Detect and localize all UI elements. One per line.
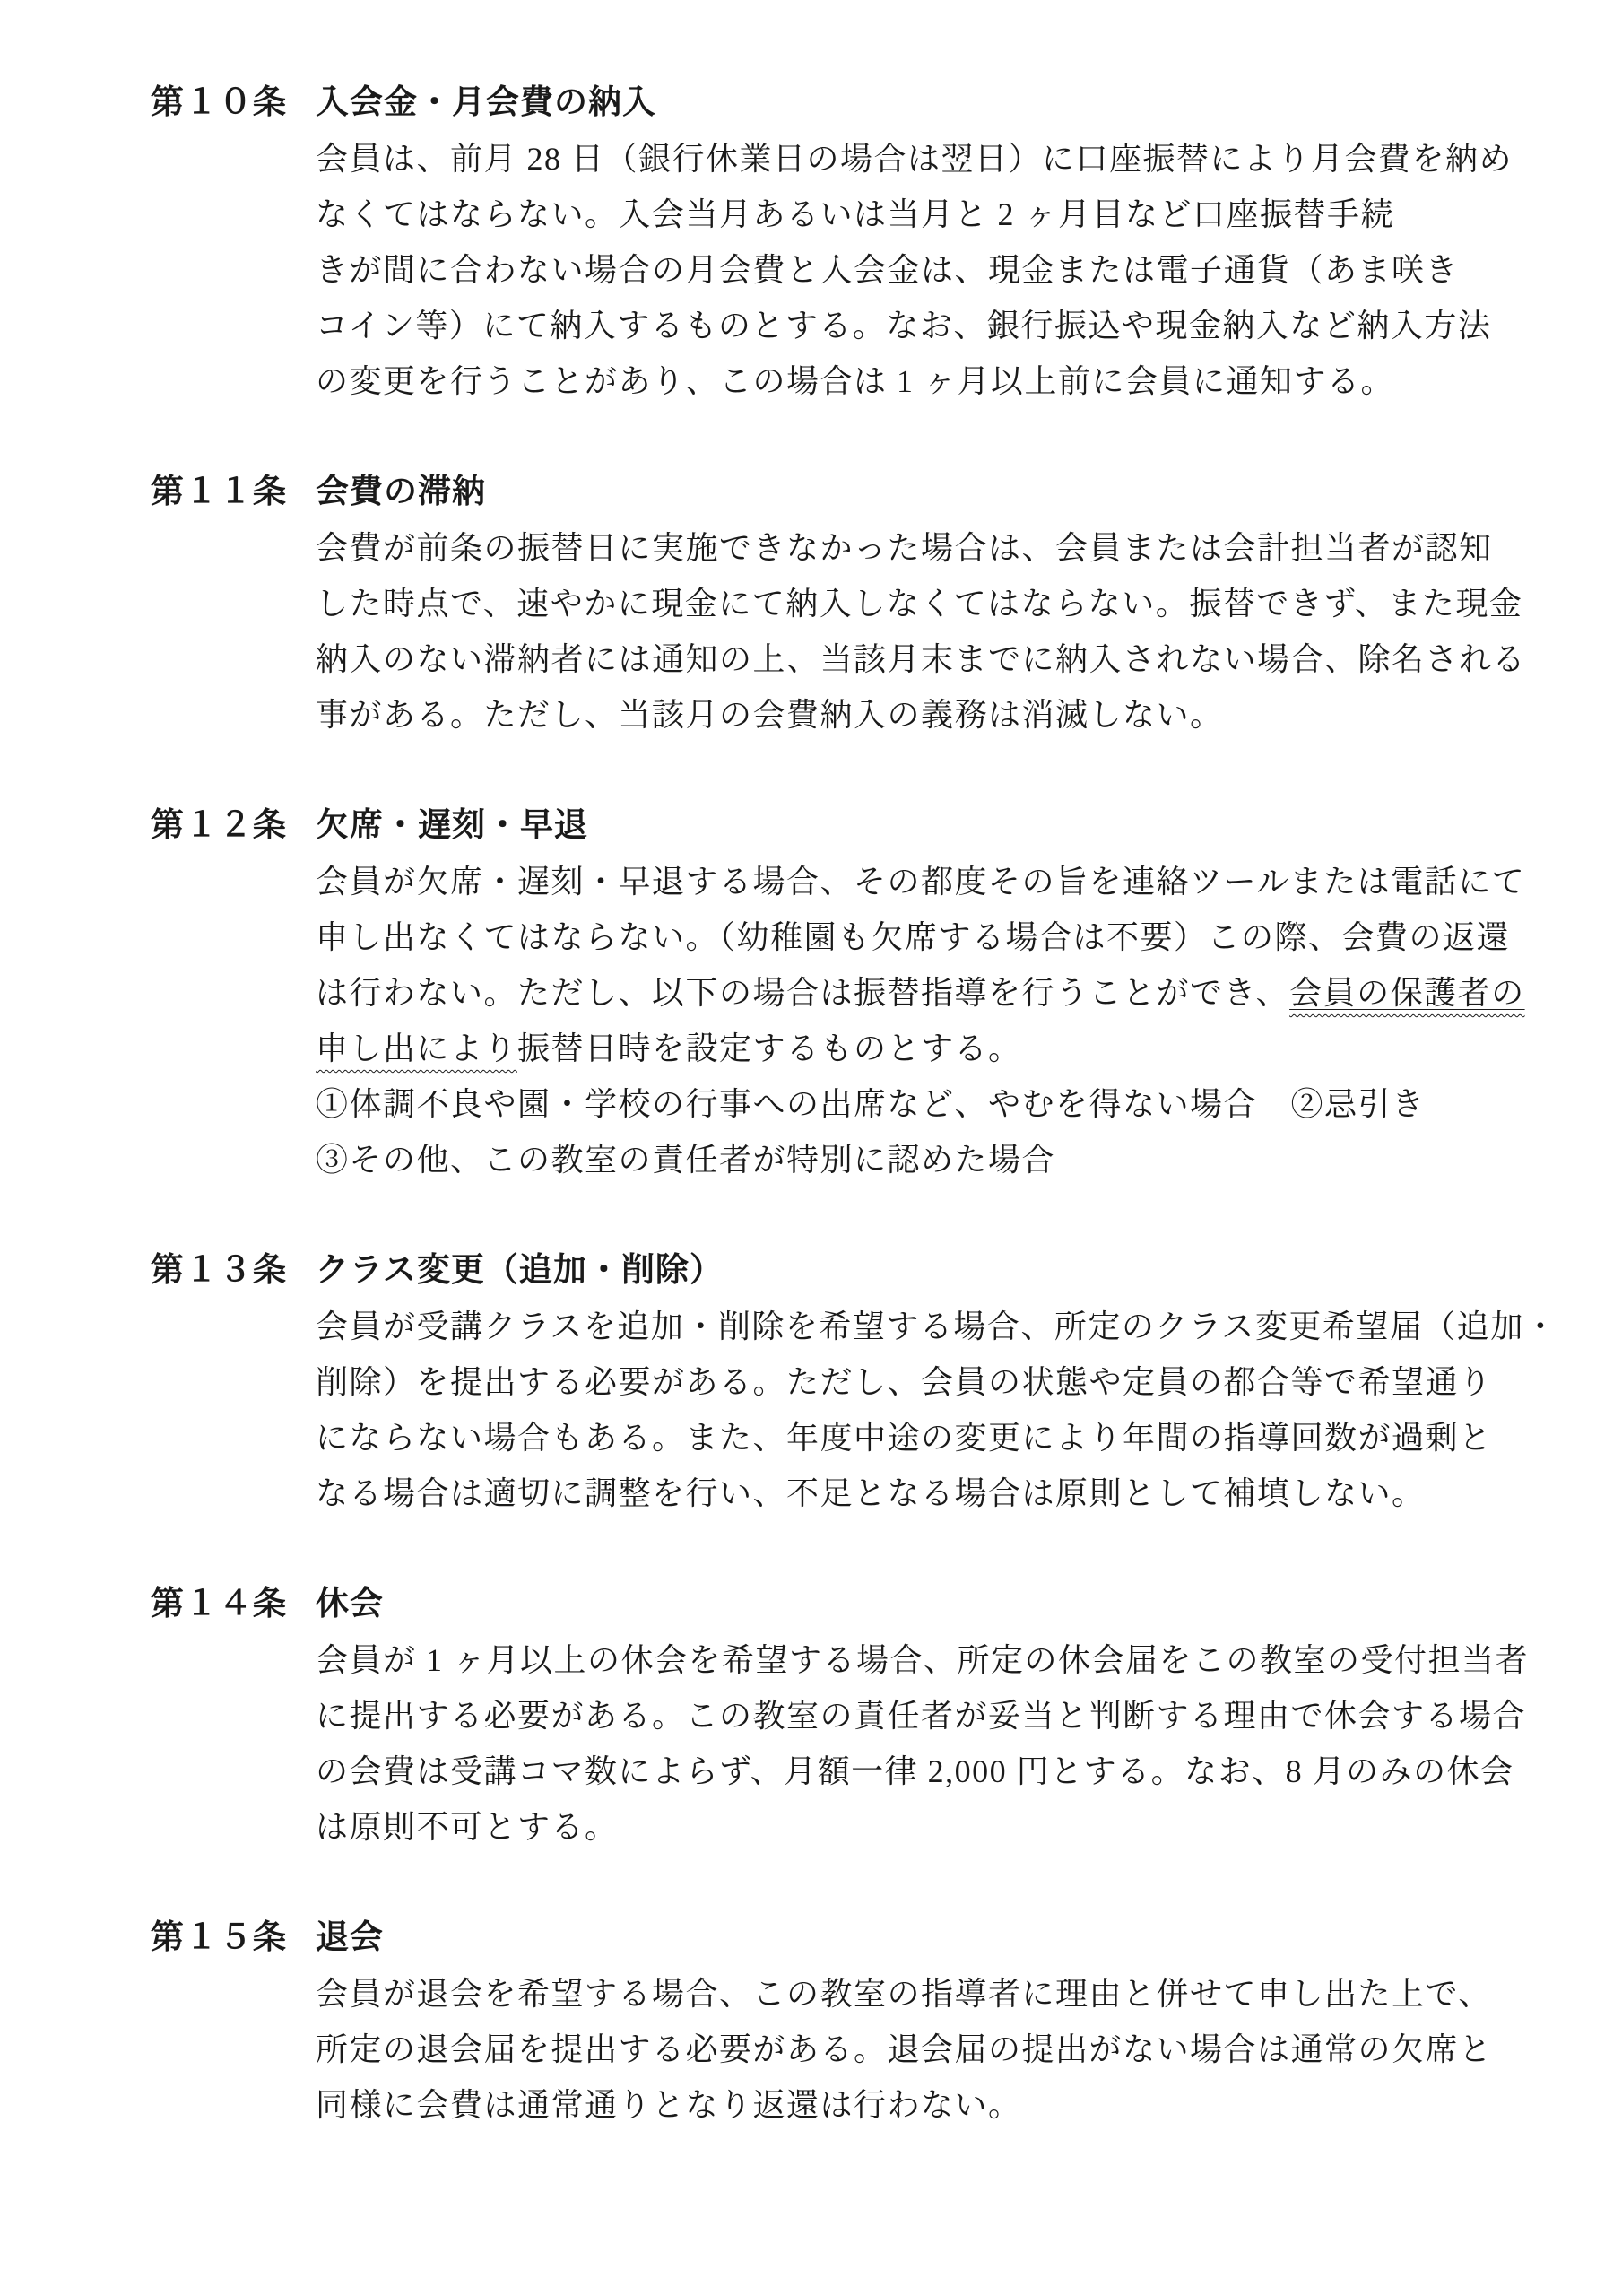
article-body-line: 同様に会費は通常通りとなり返還は行わない。 — [316, 2077, 1514, 2133]
article-heading: 第１２条欠席・遅刻・早退 — [151, 798, 1514, 854]
article-title: 会費の滞納 — [316, 465, 486, 520]
article-heading: 第１４条休会 — [151, 1577, 1514, 1632]
article-body-line: 所定の退会届を提出する必要がある。退会届の提出がない場合は通常の欠席と — [316, 2022, 1514, 2077]
article-number: 第１１条 — [151, 465, 316, 520]
article-number: 第１２条 — [151, 798, 316, 854]
article-body-line: ③その他、この教室の責任者が特別に認めた場合 — [316, 1132, 1514, 1187]
article-section: 第１２条欠席・遅刻・早退会員が欠席・遅刻・早退する場合、その都度その旨を連絡ツー… — [151, 798, 1514, 1187]
article-number: 第１３条 — [151, 1243, 316, 1299]
article-number: 第１０条 — [151, 75, 316, 131]
article-section: 第１４条休会会員が 1 ヶ月以上の休会を希望する場合、所定の休会届をこの教室の受… — [151, 1577, 1514, 1855]
article-body-line: コイン等）にて納入するものとする。なお、銀行振込や現金納入など納入方法 — [316, 298, 1514, 353]
article-body-line: 会員が退会を希望する場合、この教室の指導者に理由と併せて申し出た上で、 — [316, 1966, 1514, 2022]
article-number: 第１４条 — [151, 1577, 316, 1632]
article-number: 第１５条 — [151, 1910, 316, 1966]
article-body-line: は行わない。ただし、以下の場合は振替指導を行うことができ、会員の保護者の — [316, 965, 1514, 1021]
article-body-line: 削除）を提出する必要がある。ただし、会員の状態や定員の都合等で希望通り — [316, 1354, 1514, 1410]
article-body: 会員が 1 ヶ月以上の休会を希望する場合、所定の休会届をこの教室の受付担当者に提… — [316, 1632, 1514, 1855]
article-section: 第１３条クラス変更（追加・削除）会員が受講クラスを追加・削除を希望する場合、所定… — [151, 1243, 1514, 1521]
article-body-line: 事がある。ただし、当該月の会費納入の義務は消滅しない。 — [316, 687, 1514, 743]
article-body-line: の会費は受講コマ数によらず、月額一律 2,000 円とする。なお、8 月のみの休… — [316, 1744, 1514, 1799]
article-title: 欠席・遅刻・早退 — [316, 798, 588, 854]
article-section: 第１０条入会金・月会費の納入会員は、前月 28 日（銀行休業日の場合は翌日）に口… — [151, 75, 1514, 409]
article-body-line: 会員が欠席・遅刻・早退する場合、その都度その旨を連絡ツールまたは電話にて — [316, 854, 1514, 909]
article-body: 会員が受講クラスを追加・削除を希望する場合、所定のクラス変更希望届（追加・削除）… — [316, 1299, 1514, 1521]
article-body-line: 会員は、前月 28 日（銀行休業日の場合は翌日）に口座振替により月会費を納め — [316, 131, 1514, 187]
article-heading: 第１１条会費の滞納 — [151, 465, 1514, 520]
article-body: 会費が前条の振替日に実施できなかった場合は、会員または会計担当者が認知した時点で… — [316, 520, 1514, 743]
wavy-underlined-text: 申し出により — [316, 1031, 517, 1066]
article-body-line: の変更を行うことがあり、この場合は 1 ヶ月以上前に会員に通知する。 — [316, 353, 1514, 409]
article-body: 会員が退会を希望する場合、この教室の指導者に理由と併せて申し出た上で、所定の退会… — [316, 1966, 1514, 2133]
wavy-underlined-text: 会員の保護者の — [1289, 975, 1525, 1011]
article-section: 第１１条会費の滞納会費が前条の振替日に実施できなかった場合は、会員または会計担当… — [151, 465, 1514, 743]
article-title: クラス変更（追加・削除） — [316, 1243, 724, 1299]
article-body-line: 申し出により振替日時を設定するものとする。 — [316, 1021, 1514, 1076]
article-body-line: は原則不可とする。 — [316, 1799, 1514, 1855]
document-page: 第１０条入会金・月会費の納入会員は、前月 28 日（銀行休業日の場合は翌日）に口… — [0, 0, 1622, 2296]
article-heading: 第１５条退会 — [151, 1910, 1514, 1966]
article-section: 第１５条退会会員が退会を希望する場合、この教室の指導者に理由と併せて申し出た上で… — [151, 1910, 1514, 2133]
article-body-line: なくてはならない。入会当月あるいは当月と 2 ヶ月目など口座振替手続 — [316, 187, 1514, 242]
article-title: 休会 — [316, 1577, 384, 1632]
article-body-line: にならない場合もある。また、年度中途の変更により年間の指導回数が過剰と — [316, 1410, 1514, 1465]
wavy-underlined-text-inner: 会員の保護者の — [1289, 975, 1525, 1011]
article-body: 会員は、前月 28 日（銀行休業日の場合は翌日）に口座振替により月会費を納めなく… — [316, 131, 1514, 409]
article-body-line: 会費が前条の振替日に実施できなかった場合は、会員または会計担当者が認知 — [316, 520, 1514, 576]
wavy-underlined-text-inner: 申し出により — [316, 1031, 517, 1066]
article-heading: 第１０条入会金・月会費の納入 — [151, 75, 1514, 131]
article-title: 退会 — [316, 1910, 384, 1966]
article-title: 入会金・月会費の納入 — [316, 75, 656, 131]
article-body-line: に提出する必要がある。この教室の責任者が妥当と判断する理由で休会する場合 — [316, 1688, 1514, 1744]
article-heading: 第１３条クラス変更（追加・削除） — [151, 1243, 1514, 1299]
article-body-line: ①体調不良や園・学校の行事への出席など、やむを得ない場合 ②忌引き — [316, 1076, 1514, 1132]
article-body-line: 会員が 1 ヶ月以上の休会を希望する場合、所定の休会届をこの教室の受付担当者 — [316, 1632, 1514, 1688]
article-body: 会員が欠席・遅刻・早退する場合、その都度その旨を連絡ツールまたは電話にて申し出な… — [316, 854, 1514, 1187]
article-body-line: きが間に合わない場合の月会費と入会金は、現金または電子通貨（あま咲き — [316, 242, 1514, 298]
article-body-line: 申し出なくてはならない。（幼稚園も欠席する場合は不要）この際、会費の返還 — [316, 909, 1514, 965]
article-body-line: 納入のない滞納者には通知の上、当該月末までに納入されない場合、除名される — [316, 631, 1514, 687]
article-body-line: 会員が受講クラスを追加・削除を希望する場合、所定のクラス変更希望届（追加・ — [316, 1299, 1514, 1354]
article-body-line: した時点で、速やかに現金にて納入しなくてはならない。振替できず、また現金 — [316, 576, 1514, 631]
article-body-line: なる場合は適切に調整を行い、不足となる場合は原則として補填しない。 — [316, 1465, 1514, 1521]
